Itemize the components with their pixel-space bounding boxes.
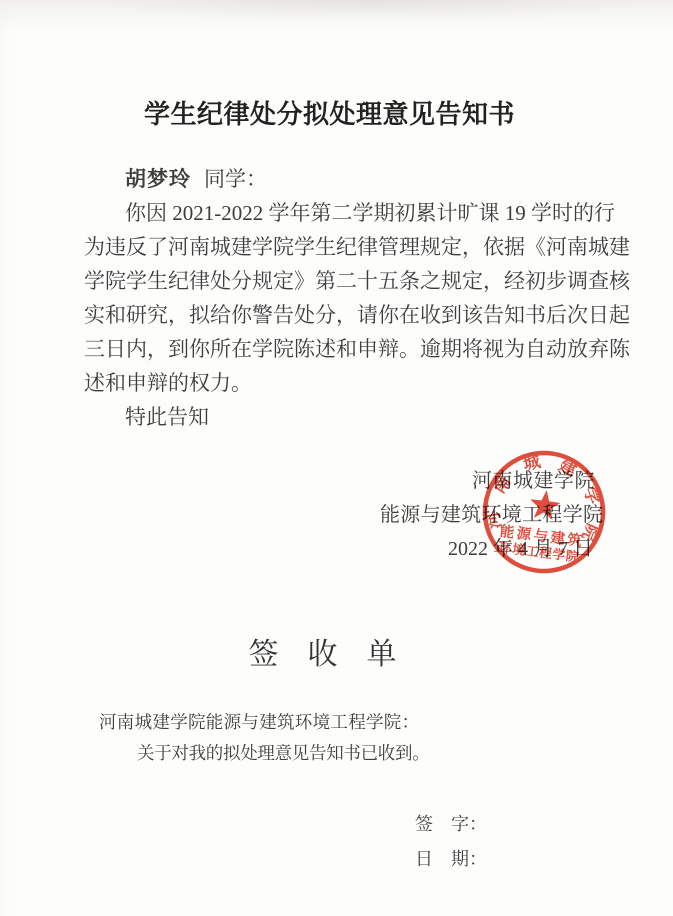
body-line: 为违反了河南城建学院学生纪律管理规定，依据《河南城建 — [84, 230, 581, 264]
body-line: 你因 2021-2022 学年第二学期初累计旷课 19 学时的行 — [84, 196, 581, 230]
closing-line: 特此告知 — [84, 400, 581, 434]
salutation-suffix: 同学： — [204, 167, 267, 191]
body-line: 三日内，到你所在学院陈述和申辩。逾期将视为自动放弃陈 — [84, 332, 581, 366]
receipt-sign-label: 签 字： — [415, 810, 487, 836]
body-line: 述和申辩的权力。 — [84, 366, 581, 400]
body-line: 实和研究，拟给你警告处分，请你在收到该告知书后次日起 — [84, 298, 581, 332]
notice-letter-body: 胡梦玲同学： 你因 2021-2022 学年第二学期初累计旷课 19 学时的行 … — [84, 162, 581, 434]
receipt-acknowledgement: 关于对我的拟处理意见告知书已收到。 — [137, 740, 429, 765]
scanned-notice-page: 学生纪律处分拟处理意见告知书 胡梦玲同学： 你因 2021-2022 学年第二学… — [0, 0, 673, 916]
official-seal-stamp: 河南城建学院 能源与建筑 环境工程学院 — [470, 438, 617, 585]
document-title: 学生纪律处分拟处理意见告知书 — [0, 94, 666, 131]
salutation-line: 胡梦玲同学： — [84, 162, 581, 196]
seal-graphic: 河南城建学院 能源与建筑 环境工程学院 — [470, 438, 617, 585]
receipt-date-label: 日 期： — [415, 845, 487, 871]
student-name: 胡梦玲 — [125, 167, 191, 191]
body-line: 学院学生纪律处分规定》第二十五条之规定，经初步调查核 — [84, 264, 581, 298]
seal-star-icon — [528, 488, 562, 520]
receipt-addressee: 河南城建学院能源与建筑环境工程学院： — [99, 709, 419, 734]
receipt-title: 签收单 — [0, 629, 659, 673]
